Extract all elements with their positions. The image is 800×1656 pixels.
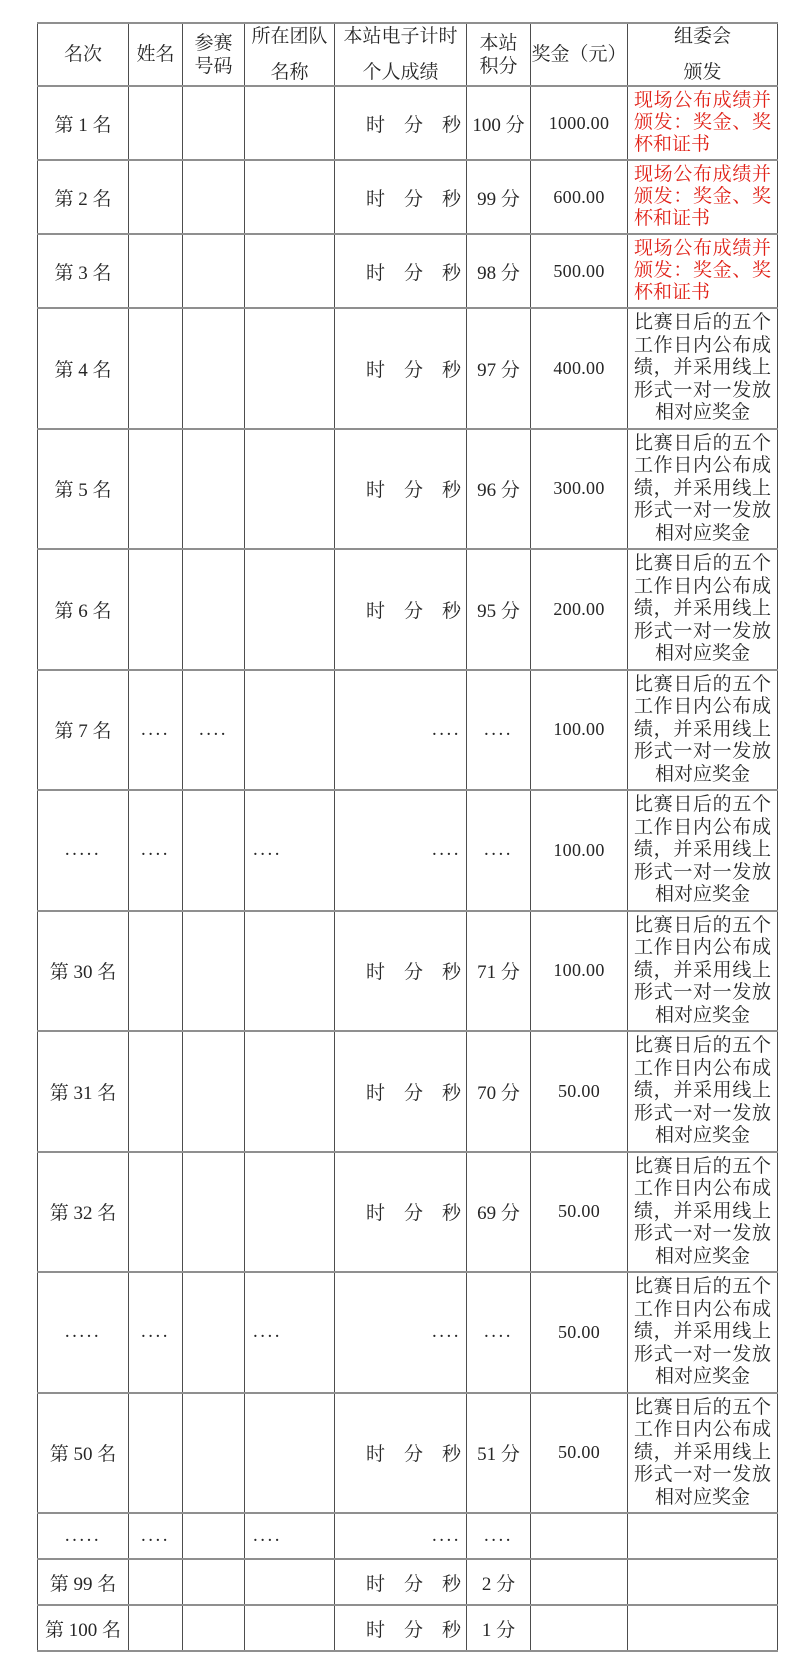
column-header-line: 本站电子计时 xyxy=(343,26,457,47)
column-header-score: 本站积分 xyxy=(467,23,531,86)
remark-cell xyxy=(628,1605,778,1651)
team-cell: .... xyxy=(245,790,335,911)
name-cell xyxy=(129,1031,183,1152)
time-cell: 时 分 秒 xyxy=(335,86,467,160)
name-cell xyxy=(129,234,183,308)
prize-cell: 400.00 xyxy=(531,308,628,429)
name-cell xyxy=(129,1559,183,1605)
prize-cell xyxy=(531,1605,628,1651)
table-row: 第 1 名时 分 秒100 分1000.00现场公布成绩并颁发：奖金、奖杯和证书 xyxy=(38,86,778,160)
table-row: 第 3 名时 分 秒98 分500.00现场公布成绩并颁发：奖金、奖杯和证书 xyxy=(38,234,778,308)
rank-cell: 第 31 名 xyxy=(38,1031,129,1152)
column-header-prize: 奖金（元） xyxy=(531,23,628,86)
column-header-line: 积分 xyxy=(479,56,517,77)
team-cell xyxy=(245,429,335,550)
team-cell xyxy=(245,1031,335,1152)
team-cell xyxy=(245,1605,335,1651)
prize-cell: 50.00 xyxy=(531,1393,628,1514)
prize-cell: 50.00 xyxy=(531,1272,628,1393)
score-cell: 1 分 xyxy=(467,1605,531,1651)
score-cell: 96 分 xyxy=(467,429,531,550)
rank-cell: 第 5 名 xyxy=(38,429,129,550)
time-cell: 时 分 秒 xyxy=(335,308,467,429)
name-cell: .... xyxy=(129,1272,183,1393)
column-header-line: 奖金（元） xyxy=(532,44,627,65)
column-header-time: 本站电子计时个人成绩 xyxy=(335,23,467,86)
remark-cell xyxy=(628,1513,778,1559)
team-cell xyxy=(245,1559,335,1605)
number-cell xyxy=(183,1559,245,1605)
name-cell xyxy=(129,160,183,234)
time-cell: 时 分 秒 xyxy=(335,429,467,550)
time-cell: .... xyxy=(335,670,467,791)
rank-cell: 第 2 名 xyxy=(38,160,129,234)
time-cell: 时 分 秒 xyxy=(335,160,467,234)
table-row: 第 32 名时 分 秒69 分50.00比赛日后的五个工作日内公布成绩，并采用线… xyxy=(38,1152,778,1273)
time-cell: 时 分 秒 xyxy=(335,234,467,308)
column-header-line: 号码 xyxy=(194,56,232,77)
time-cell: 时 分 秒 xyxy=(335,911,467,1032)
name-cell xyxy=(129,308,183,429)
remark-cell: 比赛日后的五个工作日内公布成绩，并采用线上形式一对一发放相对应奖金 xyxy=(628,670,778,791)
score-cell: 2 分 xyxy=(467,1559,531,1605)
score-cell: 98 分 xyxy=(467,234,531,308)
number-cell: .... xyxy=(183,670,245,791)
prize-cell: 1000.00 xyxy=(531,86,628,160)
prize-cell: 300.00 xyxy=(531,429,628,550)
team-cell xyxy=(245,670,335,791)
number-cell xyxy=(183,429,245,550)
rank-cell: 第 1 名 xyxy=(38,86,129,160)
column-header-remark: 组委会颁发 xyxy=(628,23,778,86)
table-row: 第 7 名................100.00比赛日后的五个工作日内公布… xyxy=(38,670,778,791)
rank-cell: ..... xyxy=(38,790,129,911)
time-cell: 时 分 秒 xyxy=(335,1605,467,1651)
column-header-line: 参赛 xyxy=(194,33,232,54)
prize-cell: 100.00 xyxy=(531,670,628,791)
table-row: 第 4 名时 分 秒97 分400.00比赛日后的五个工作日内公布成绩，并采用线… xyxy=(38,308,778,429)
name-cell xyxy=(129,86,183,160)
prize-cell: 100.00 xyxy=(531,911,628,1032)
number-cell xyxy=(183,1605,245,1651)
score-cell: 100 分 xyxy=(467,86,531,160)
team-cell xyxy=(245,1152,335,1273)
column-header-line: 姓名 xyxy=(136,44,174,65)
name-cell: .... xyxy=(129,670,183,791)
team-cell xyxy=(245,160,335,234)
table-row: 第 100 名时 分 秒1 分 xyxy=(38,1605,778,1651)
name-cell xyxy=(129,911,183,1032)
table-row: 第 31 名时 分 秒70 分50.00比赛日后的五个工作日内公布成绩，并采用线… xyxy=(38,1031,778,1152)
name-cell: .... xyxy=(129,1513,183,1559)
column-header-rank: 名次 xyxy=(38,23,129,86)
score-cell: 97 分 xyxy=(467,308,531,429)
number-cell xyxy=(183,1272,245,1393)
table-row: 第 99 名时 分 秒2 分 xyxy=(38,1559,778,1605)
score-cell: 51 分 xyxy=(467,1393,531,1514)
table-row: 第 2 名时 分 秒99 分600.00现场公布成绩并颁发：奖金、奖杯和证书 xyxy=(38,160,778,234)
remark-cell: 比赛日后的五个工作日内公布成绩，并采用线上形式一对一发放相对应奖金 xyxy=(628,1272,778,1393)
score-cell: .... xyxy=(467,670,531,791)
team-cell xyxy=(245,308,335,429)
time-cell: .... xyxy=(335,1513,467,1559)
column-header-line: 名称 xyxy=(270,62,308,83)
prize-cell: 500.00 xyxy=(531,234,628,308)
table-row: 第 5 名时 分 秒96 分300.00比赛日后的五个工作日内公布成绩，并采用线… xyxy=(38,429,778,550)
rank-cell: 第 50 名 xyxy=(38,1393,129,1514)
team-cell xyxy=(245,234,335,308)
remark-cell: 现场公布成绩并颁发：奖金、奖杯和证书 xyxy=(628,160,778,234)
remark-cell: 比赛日后的五个工作日内公布成绩，并采用线上形式一对一发放相对应奖金 xyxy=(628,790,778,911)
table-body: 第 1 名时 分 秒100 分1000.00现场公布成绩并颁发：奖金、奖杯和证书… xyxy=(38,86,778,1651)
team-cell: .... xyxy=(245,1272,335,1393)
table-row: .....................100.00比赛日后的五个工作日内公布… xyxy=(38,790,778,911)
remark-cell: 比赛日后的五个工作日内公布成绩，并采用线上形式一对一发放相对应奖金 xyxy=(628,549,778,670)
table-row: ..................... xyxy=(38,1513,778,1559)
time-cell: 时 分 秒 xyxy=(335,1559,467,1605)
name-cell xyxy=(129,429,183,550)
team-cell xyxy=(245,911,335,1032)
score-cell: 99 分 xyxy=(467,160,531,234)
number-cell xyxy=(183,86,245,160)
remark-cell: 现场公布成绩并颁发：奖金、奖杯和证书 xyxy=(628,234,778,308)
team-cell xyxy=(245,86,335,160)
rank-cell: ..... xyxy=(38,1513,129,1559)
rank-cell: ..... xyxy=(38,1272,129,1393)
column-header-number: 参赛号码 xyxy=(183,23,245,86)
score-cell: 70 分 xyxy=(467,1031,531,1152)
name-cell xyxy=(129,1152,183,1273)
column-header-line: 组委会 xyxy=(674,26,731,47)
column-header-line: 本站 xyxy=(479,33,517,54)
rank-cell: 第 7 名 xyxy=(38,670,129,791)
number-cell xyxy=(183,234,245,308)
remark-cell: 比赛日后的五个工作日内公布成绩，并采用线上形式一对一发放相对应奖金 xyxy=(628,1031,778,1152)
remark-cell: 比赛日后的五个工作日内公布成绩，并采用线上形式一对一发放相对应奖金 xyxy=(628,911,778,1032)
number-cell xyxy=(183,1513,245,1559)
score-cell: 71 分 xyxy=(467,911,531,1032)
time-cell: 时 分 秒 xyxy=(335,1393,467,1514)
name-cell: .... xyxy=(129,790,183,911)
prize-cell: 50.00 xyxy=(531,1031,628,1152)
name-cell xyxy=(129,549,183,670)
remark-cell: 现场公布成绩并颁发：奖金、奖杯和证书 xyxy=(628,86,778,160)
header-row: 名次姓名参赛号码所在团队名称本站电子计时个人成绩本站积分奖金（元）组委会颁发 xyxy=(38,23,778,86)
remark-cell: 比赛日后的五个工作日内公布成绩，并采用线上形式一对一发放相对应奖金 xyxy=(628,1393,778,1514)
rank-cell: 第 3 名 xyxy=(38,234,129,308)
column-header-team: 所在团队名称 xyxy=(245,23,335,86)
number-cell xyxy=(183,308,245,429)
number-cell xyxy=(183,160,245,234)
name-cell xyxy=(129,1605,183,1651)
score-cell: .... xyxy=(467,790,531,911)
column-header-name: 姓名 xyxy=(129,23,183,86)
time-cell: .... xyxy=(335,1272,467,1393)
score-cell: 69 分 xyxy=(467,1152,531,1273)
remark-cell: 比赛日后的五个工作日内公布成绩，并采用线上形式一对一发放相对应奖金 xyxy=(628,1152,778,1273)
rank-cell: 第 30 名 xyxy=(38,911,129,1032)
prize-table: 名次姓名参赛号码所在团队名称本站电子计时个人成绩本站积分奖金（元）组委会颁发 第… xyxy=(37,22,778,1652)
table-row: 第 30 名时 分 秒71 分100.00比赛日后的五个工作日内公布成绩，并采用… xyxy=(38,911,778,1032)
column-header-line: 颁发 xyxy=(683,62,721,83)
rank-cell: 第 32 名 xyxy=(38,1152,129,1273)
prize-cell: 50.00 xyxy=(531,1152,628,1273)
time-cell: 时 分 秒 xyxy=(335,1031,467,1152)
rank-cell: 第 99 名 xyxy=(38,1559,129,1605)
remark-cell: 比赛日后的五个工作日内公布成绩，并采用线上形式一对一发放相对应奖金 xyxy=(628,308,778,429)
table-row: 第 50 名时 分 秒51 分50.00比赛日后的五个工作日内公布成绩，并采用线… xyxy=(38,1393,778,1514)
prize-cell xyxy=(531,1559,628,1605)
rank-cell: 第 6 名 xyxy=(38,549,129,670)
remark-cell xyxy=(628,1559,778,1605)
score-cell: 95 分 xyxy=(467,549,531,670)
team-cell: .... xyxy=(245,1513,335,1559)
number-cell xyxy=(183,549,245,670)
prize-cell xyxy=(531,1513,628,1559)
rank-cell: 第 4 名 xyxy=(38,308,129,429)
team-cell xyxy=(245,549,335,670)
number-cell xyxy=(183,911,245,1032)
number-cell xyxy=(183,1393,245,1514)
time-cell: 时 分 秒 xyxy=(335,549,467,670)
table-row: .....................50.00比赛日后的五个工作日内公布成… xyxy=(38,1272,778,1393)
remark-cell: 比赛日后的五个工作日内公布成绩，并采用线上形式一对一发放相对应奖金 xyxy=(628,429,778,550)
column-header-line: 名次 xyxy=(64,44,102,65)
number-cell xyxy=(183,1152,245,1273)
prize-cell: 200.00 xyxy=(531,549,628,670)
number-cell xyxy=(183,790,245,911)
number-cell xyxy=(183,1031,245,1152)
score-cell: .... xyxy=(467,1513,531,1559)
time-cell: 时 分 秒 xyxy=(335,1152,467,1273)
prize-cell: 600.00 xyxy=(531,160,628,234)
name-cell xyxy=(129,1393,183,1514)
rank-cell: 第 100 名 xyxy=(38,1605,129,1651)
column-header-line: 个人成绩 xyxy=(362,62,438,83)
score-cell: .... xyxy=(467,1272,531,1393)
team-cell xyxy=(245,1393,335,1514)
time-cell: .... xyxy=(335,790,467,911)
prize-cell: 100.00 xyxy=(531,790,628,911)
column-header-line: 所在团队 xyxy=(251,26,327,47)
table-row: 第 6 名时 分 秒95 分200.00比赛日后的五个工作日内公布成绩，并采用线… xyxy=(38,549,778,670)
document-page: 名次姓名参赛号码所在团队名称本站电子计时个人成绩本站积分奖金（元）组委会颁发 第… xyxy=(0,0,800,1656)
